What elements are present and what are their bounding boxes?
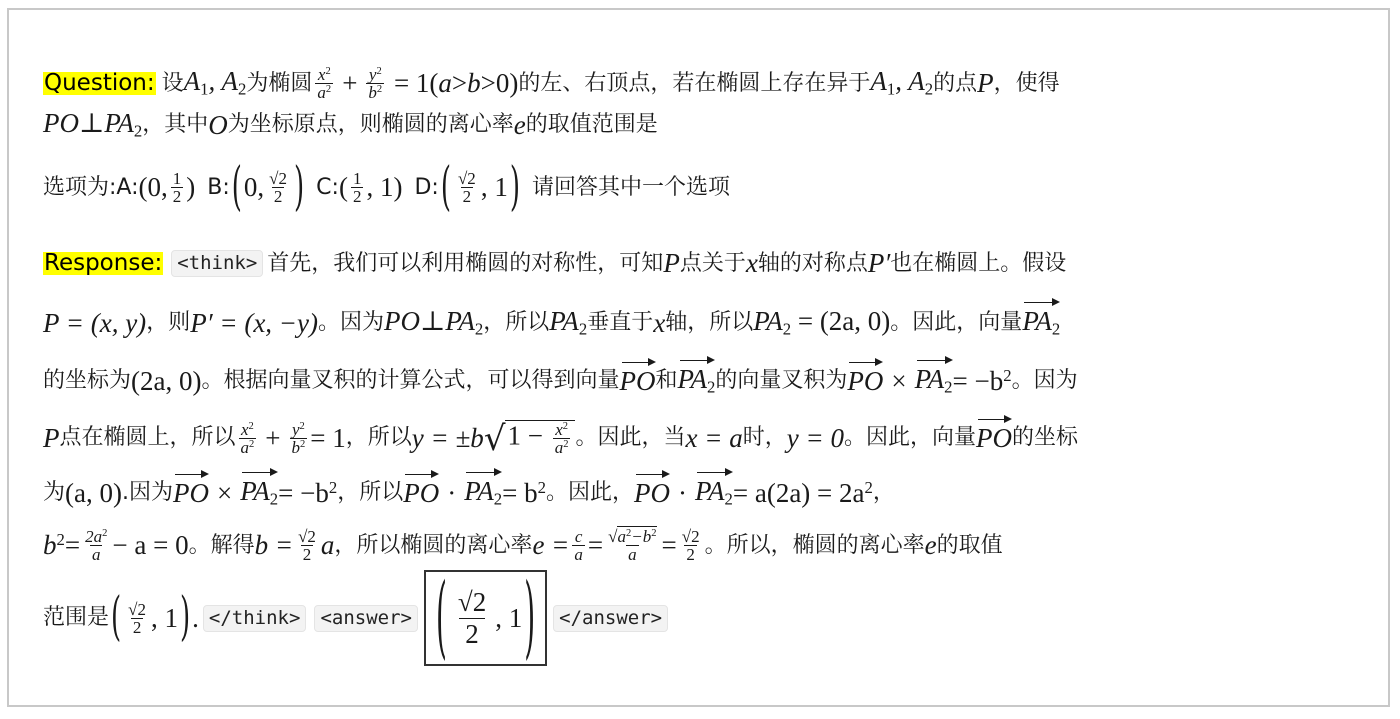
times-sign: × [891,368,906,395]
option-B-fraction: √22 [267,170,289,205]
fraction-y2-b2: y2b2 [366,66,384,101]
response-text: 轴的对称点 [758,253,868,275]
math-P: P [977,70,994,97]
options-line: 选项为: A: (0, 12 ) B: ( 0, √22 ) C: ( 12 ,… [43,170,730,205]
option-B-label: B: [207,177,230,199]
response-text: 。因为 [318,312,384,334]
response-line-1: Response: <think> 首先，我们可以利用椭圆的对称性，可知 P 点… [43,250,1066,277]
question-line-2: PO⊥PA2 ，其中 O 为坐标原点，则椭圆的离心率 e 的取值范围是 [43,110,658,140]
fraction-sqrt2-2: √22 [296,528,318,563]
math-a: a [321,532,335,559]
fraction-2a2-a: 2a2a [83,528,109,563]
vector-PO: PO [403,480,439,507]
option-B-value: 0, [244,174,264,201]
math-PO-perp-PA2: PO⊥PA2 [384,308,483,338]
question-text: ，其中 [142,114,208,136]
math-PA2-eq: PA2 = (2a, 0) [753,308,890,338]
response-text: 范围是 [43,607,109,629]
response-text: 。根据向量叉积的计算公式，可以得到向量 [201,370,619,392]
option-D-fraction: √22 [456,170,478,205]
response-line-4: P 点在椭圆上，所以 x2a2 + y2b2 = 1 ，所以 y = ±b √ … [43,420,1078,456]
fraction-x2-a2: x2a2 [315,66,333,101]
math-P-prime-eq: P′ = (x, −y) [190,310,318,337]
vector-PA2: PA2 [915,366,953,396]
math-comma-1: , 1 [151,605,178,632]
math-P: P [663,250,680,277]
math-eq: = [662,532,677,559]
question-text: 的取值范围是 [526,114,658,136]
math-equation-rest: = 1(a>b>0) [387,70,518,97]
question-text: 的左、右顶点，若在椭圆上存在异于 [518,73,870,95]
math-O: O [208,112,228,139]
plus-sign: + [342,70,357,97]
answer-close-tag: </answer> [553,605,668,632]
think-open-tag: <think> [171,250,263,277]
math-e: e [514,112,526,139]
response-text: 时， [743,427,787,449]
final-answer-box: ( √22 , 1 ) [424,570,547,666]
math-eq: = [588,532,603,559]
fraction-sqrt2-2: √22 [126,601,148,636]
document-frame: Question: 设 A1, A2 为椭圆 x2a2 + y2b2 = 1(a… [7,8,1390,707]
option-C-label: C: [316,177,339,199]
math-x: x [746,250,758,277]
response-text: 的坐标为 [43,370,131,392]
final-answer-fraction: √22 [452,587,492,650]
response-text: ，则 [146,312,190,334]
fraction-x2-a2: x2a2 [239,421,257,456]
vector-PA2: PA2 [678,366,716,396]
response-text: ，所以 [483,312,549,334]
think-close-tag: </think> [203,605,307,632]
vector-PO: PO [620,368,656,395]
math-eq-2a2: = a(2a) = 2a2 [733,480,873,507]
response-line-3: 的坐标为 (2a, 0) 。根据向量叉积的计算公式，可以得到向量 PO 和 PA… [43,366,1078,396]
option-C-open: ( [339,174,348,201]
answer-open-tag: <answer> [314,605,418,632]
response-text: 首先，我们可以利用椭圆的对称性，可知 [267,253,663,275]
fraction-sqrt2-2: √22 [680,528,702,563]
open-paren: ( [436,573,447,663]
math-A1-A2: A1, A2 [184,68,247,98]
math-A1-A2: A1, A2 [870,68,933,98]
response-text: 。因为 [1012,370,1078,392]
response-text: 和 [656,370,678,392]
period: . [192,605,199,632]
question-text: 设 [162,73,184,95]
math-P-eq: P = (x, y) [43,310,146,337]
math-eq-neg-b2: = −b2 [278,480,337,507]
math-eq-1: = 1 [310,425,345,452]
option-A-label: A: [116,177,138,199]
response-text: ，所以椭圆的离心率 [334,535,532,557]
question-label: Question: [43,72,156,95]
option-B-close-paren: ) [294,162,304,214]
option-A-value: (0, [139,174,168,201]
option-C-fraction: 12 [351,170,364,205]
response-text: ，所以 [346,427,412,449]
times-sign: × [217,480,232,507]
response-text: 。因此，向量 [890,312,1022,334]
options-suffix: 请回答其中一个选项 [532,177,730,199]
question-text: 的点 [933,73,977,95]
plus-sign: + [265,425,280,452]
sqrt-expression: √ 1 − x2a2 [484,420,576,456]
option-A-fraction: 12 [171,170,184,205]
response-text: 。因此， [546,482,634,504]
option-B-open-paren: ( [232,162,242,214]
option-D-label: D: [414,177,438,199]
math-P-prime: P′ [868,250,890,277]
vector-PA2: PA2 [240,478,278,508]
question-text: ，使得 [994,73,1060,95]
option-D-close-paren: ) [510,162,520,214]
response-line-5: 为 (a, 0) .因为 PO × PA2 = −b2 ，所以 PO · PA2… [43,478,895,508]
response-text: 。因此，向量 [844,427,976,449]
question-text: 为坐标原点，则椭圆的离心率 [228,114,514,136]
response-text: ，所以 [337,482,403,504]
response-text: 轴，所以 [665,312,753,334]
close-paren: ) [524,573,535,663]
response-text: 的取值 [937,535,1003,557]
close-paren: ) [180,592,190,644]
fraction-y2-b2: y2b2 [290,421,308,456]
math-y-eq-0: y = 0 [787,425,844,452]
response-text: 点关于 [680,253,746,275]
vector-PO: PO [847,368,883,395]
open-paren: ( [111,592,121,644]
vector-PO: PO [634,480,670,507]
math-P: P [43,425,60,452]
vector-PA2: PA2 [695,478,733,508]
dot-sign: · [447,480,456,507]
response-text: 垂直于 [587,312,653,334]
response-text: .因为 [122,482,173,504]
math-e-eq: e = [532,532,569,559]
response-line-7: 范围是 ( √22 , 1 ) . </think> <answer> ( √2… [43,570,672,666]
response-text: 点在椭圆上，所以 [60,427,236,449]
option-D-value: , 1 [481,174,508,201]
vector-PO: PO [173,480,209,507]
response-label: Response: [43,252,163,275]
math-eq: = [65,532,80,559]
math-y-eq: y = ±b [412,425,484,452]
math-b2: b2 [43,532,65,559]
math-PA2: PA2 [549,308,587,338]
math-x: x [653,310,665,337]
math-x-eq-a: x = a [686,425,743,452]
dot-sign: · [678,480,687,507]
response-line-2: P = (x, y) ，则 P′ = (x, −y) 。因为 PO⊥PA2 ，所… [43,308,1060,338]
math-b-eq: b = [255,532,293,559]
math-eq-b2: = b2 [502,480,546,507]
math-PO-perp-PA2: PO⊥PA2 [43,110,142,140]
math-eq-neg-b2: = −b2 [953,368,1012,395]
response-text: ， [873,482,895,504]
math-e: e [925,532,937,559]
response-text: 的向量叉积为 [715,370,847,392]
question-text: 为椭圆 [246,73,312,95]
math-coord: (a, 0) [65,480,122,507]
fraction-c-a: ca [572,528,585,563]
vector-PO: PO [976,425,1012,452]
response-text: 。所以，椭圆的离心率 [705,535,925,557]
options-prefix: 选项为: [43,177,116,199]
response-line-6: b2 = 2a2a − a = 0 。解得 b = √22 a ，所以椭圆的离心… [43,528,1003,563]
question-line-1: Question: 设 A1, A2 为椭圆 x2a2 + y2b2 = 1(a… [43,66,1060,101]
option-C-value: , 1) [366,174,402,201]
final-answer-comma-1: , 1 [495,605,522,632]
option-D-open-paren: ( [441,162,451,214]
response-text: 也在椭圆上。假设 [890,253,1066,275]
fraction-sqrt-a2-b2-a: √a2−b2a [606,528,658,563]
math-coord: (2a, 0) [131,368,201,395]
math-minus-a-eq-0: − a = 0 [112,532,188,559]
response-text: 。因此，当 [575,427,685,449]
response-text: 。解得 [189,535,255,557]
response-text: 为 [43,482,65,504]
response-text: 的坐标 [1012,427,1078,449]
vector-PA2: PA2 [464,478,502,508]
vector-PA2: PA2 [1022,308,1060,338]
option-A-close: ) [186,174,195,201]
